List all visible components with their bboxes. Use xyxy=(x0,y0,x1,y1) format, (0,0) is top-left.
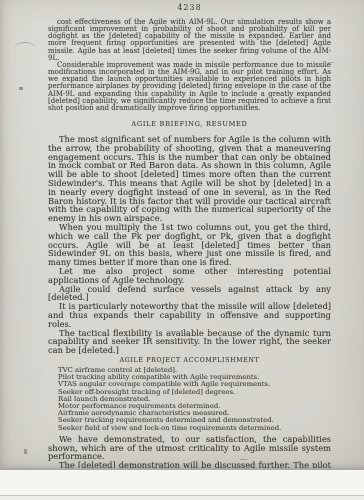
scanned-document: 4238 cost effectiveness of the Agile wit… xyxy=(0,0,364,500)
briefing-paragraph: When you multiply the 1st two columns ou… xyxy=(48,223,331,267)
briefing-paragraph: It is particularly noteworthy that the m… xyxy=(48,302,331,328)
section-heading-briefing: AGILE BRIEFING, RESUMED xyxy=(48,120,331,128)
accomplishment-item: Seeker field of view and lock-on time re… xyxy=(58,425,331,432)
scanner-background-bottom xyxy=(0,496,364,500)
scanner-background-strip xyxy=(0,470,364,495)
accomplishment-list: TVC airframe control at [deleted]. Pilot… xyxy=(58,367,331,432)
document-page: 4238 cost effectiveness of the Agile wit… xyxy=(0,0,364,469)
intro-paragraph: Considerable improvement was made in mis… xyxy=(48,62,331,112)
briefing-paragraph: The most significant set of numbers for … xyxy=(48,135,331,223)
briefing-paragraph: Agile could defend surface vessels again… xyxy=(48,285,331,303)
page-content: 4238 cost effectiveness of the Agile wit… xyxy=(0,0,364,500)
briefing-paragraph: Let me also project some other interesti… xyxy=(48,267,331,285)
briefing-paragraph: The tactical flexibility is available be… xyxy=(48,329,331,355)
section-heading-accomplishment: AGILE PROJECT ACCOMPLISHMENT xyxy=(48,357,331,364)
page-number: 4238 xyxy=(48,3,331,12)
closing-paragraph: We have demonstrated, to our satisfactio… xyxy=(48,435,331,461)
intro-paragraph: cost effectiveness of the Agile with AIM… xyxy=(48,19,331,62)
